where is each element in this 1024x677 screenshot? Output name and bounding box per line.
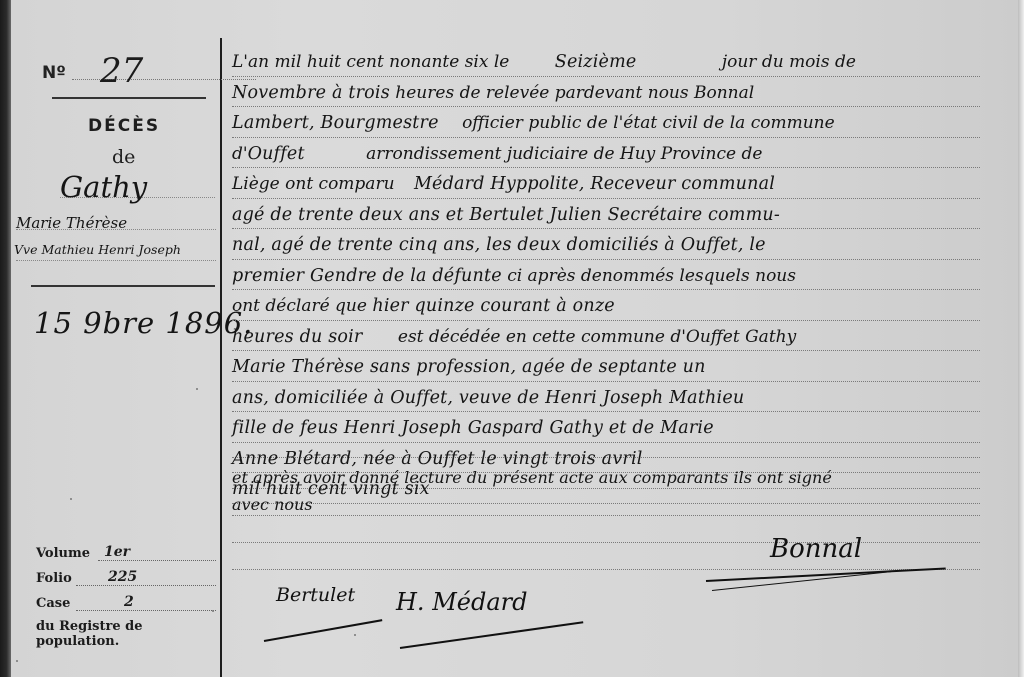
body-line: Novembre à trois heures de relevée parde… [232,83,980,114]
signature-flourish [264,619,383,642]
record-number: Nº 27 [42,55,212,95]
deceased-given-names: Marie Thérèse [16,214,127,232]
closing-line: avec nous [232,495,980,522]
register-reference: Volume 1er Folio 225 Case 2 du Registre … [36,542,220,649]
body-line: nal, agé de trente cinq ans, les deux do… [232,235,980,266]
dotted-line [16,260,216,261]
record-body: L'an mil huit cent nonante six le Seiziè… [232,52,980,510]
paper-speck [212,610,214,612]
spouse-note: Vve Mathieu Henri Joseph [14,242,181,257]
divider [31,285,215,287]
body-line: ont déclaré que hier quinze courant à on… [232,296,980,327]
record-title-de: de [112,146,135,168]
folio-value: 225 [108,569,137,585]
volume-value: 1er [104,544,130,560]
register-footer: du Registre de population. [36,619,220,649]
deceased-surname: Gathy [60,170,147,204]
record-title: DÉCÈS [88,116,160,136]
body-line: premier Gendre de la défunte ci après de… [232,266,980,297]
signature-witness-1: Bertulet [276,584,355,606]
page-edge [1018,0,1024,677]
signature-witness-2: H. Médard [396,588,527,616]
body-line: ans, domiciliée à Ouffet, veuve de Henri… [232,388,980,419]
number-value: 27 [100,51,143,91]
case-value: 2 [124,594,134,610]
body-line: Liège ont comparu Médard Hyppolite, Rece… [232,174,980,205]
body-line: heures du soir est décédée en cette comm… [232,327,980,358]
dotted-line [76,610,216,611]
paper-speck [196,388,198,390]
case-label: Case [36,596,70,611]
document-page: Nº 27 DÉCÈS de Gathy Marie Thérèse Vve M… [0,0,1024,677]
margin-rule [220,38,222,677]
volume-row: Volume 1er [36,542,220,567]
record-date: 15 9bre 1896. [34,306,253,340]
body-line: Marie Thérèse sans profession, agée de s… [232,357,980,388]
folio-row: Folio 225 [36,567,220,592]
signature-officer: Bonnal [770,534,862,564]
dotted-line [98,560,216,561]
divider [52,97,206,99]
dotted-line [76,585,216,586]
signature-flourish [400,621,583,649]
body-line: d'Ouffet arrondissement judiciaire de Hu… [232,144,980,175]
paper-speck [70,498,72,500]
body-line: Lambert, Bourgmestre officier public de … [232,113,980,144]
number-label: Nº [42,63,66,83]
dotted-line [232,569,980,570]
paper-speck [16,660,18,662]
body-line: L'an mil huit cent nonante six le Seiziè… [232,52,980,83]
body-line: fille de feus Henri Joseph Gaspard Gathy… [232,418,980,449]
case-row: Case 2 [36,592,220,617]
folio-label: Folio [36,571,72,586]
body-line: agé de trente deux ans et Bertulet Julie… [232,205,980,236]
dotted-line [232,542,980,543]
binding-edge [0,0,11,677]
paper-speck [354,634,356,636]
volume-label: Volume [36,546,90,561]
